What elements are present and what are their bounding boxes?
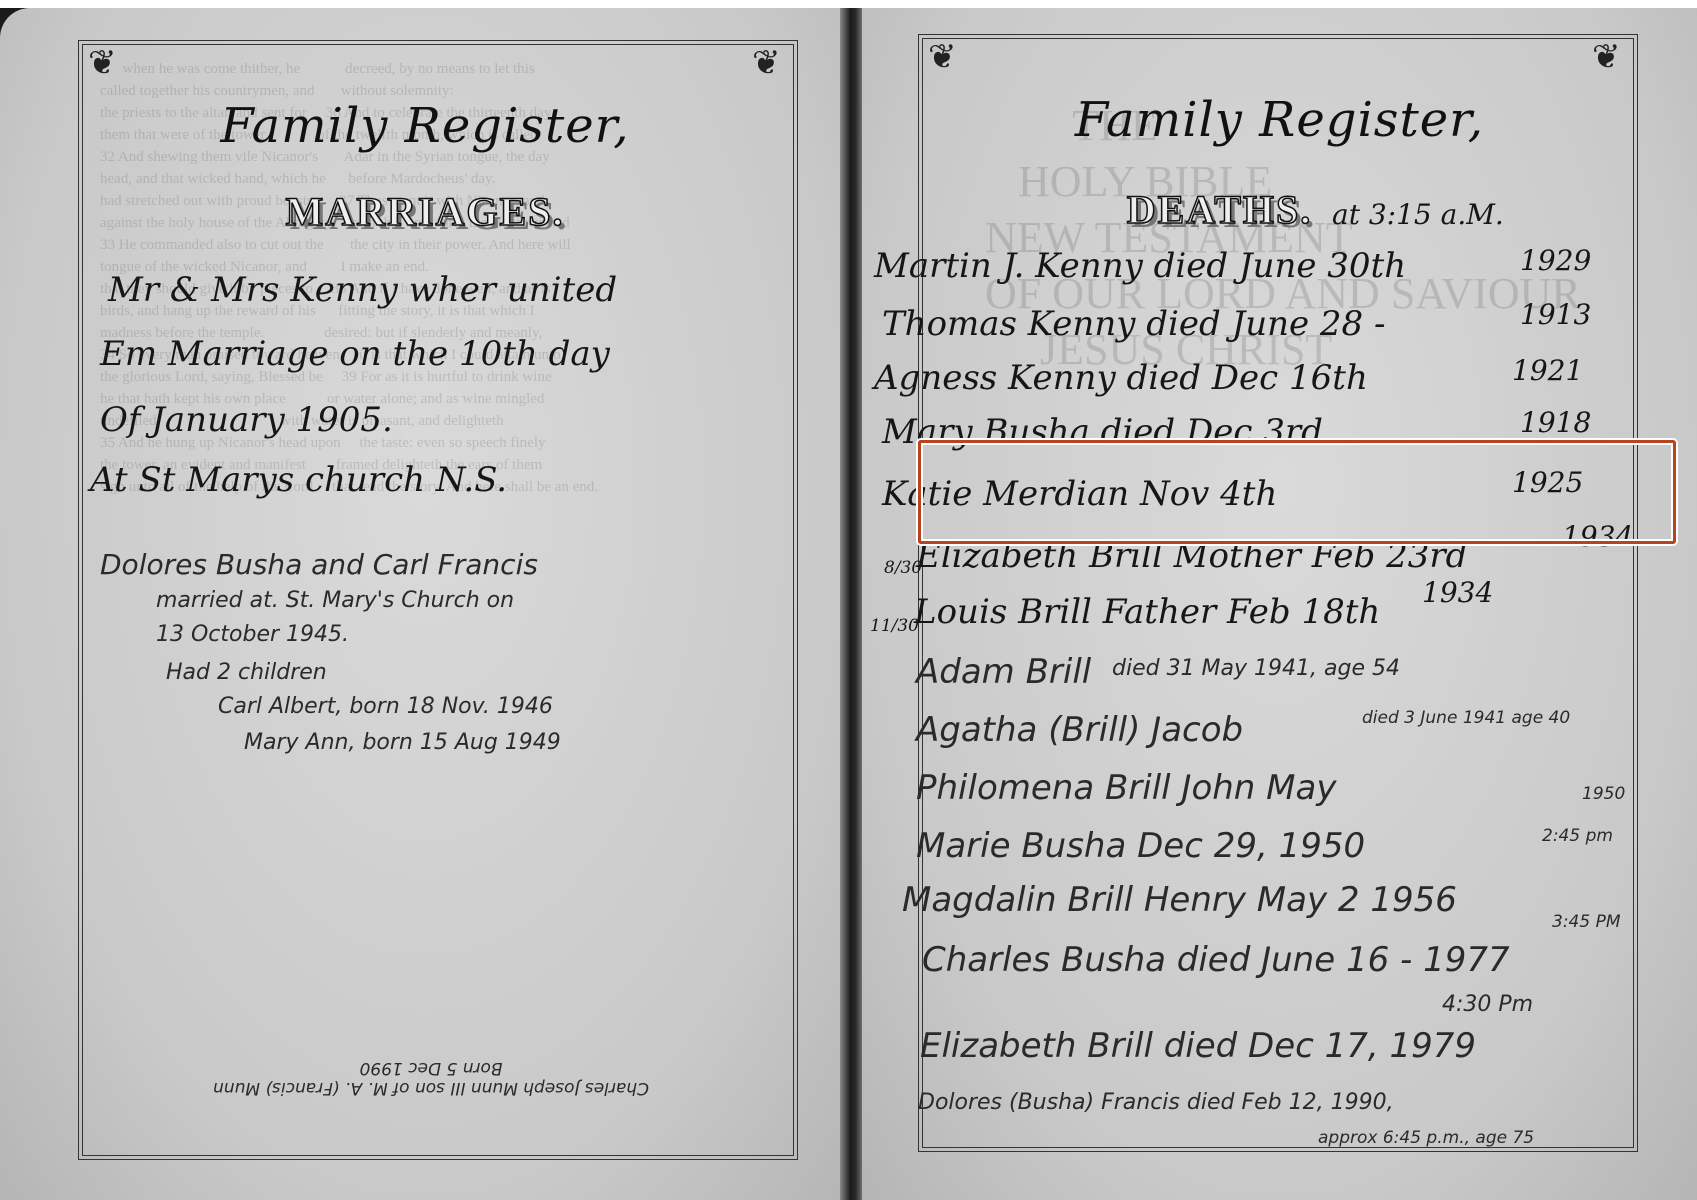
death-entry-note: 4:30 Pm — [1442, 992, 1533, 1017]
death-entry-name: Thomas Kenny died June 28 - — [882, 304, 1385, 344]
marriage-entry-line: Em Marriage on the 10th day — [100, 334, 610, 374]
marriage-entry-line: 13 October 1945. — [156, 622, 349, 647]
marriage-entry-line: married at. St. Mary's Church on — [156, 588, 514, 613]
death-entry-name: Adam Brill — [916, 652, 1091, 692]
section-heading: MARRIAGES. — [0, 188, 850, 235]
death-entry-date: 1950 — [1582, 784, 1625, 804]
corner-ornament-icon: ❦ — [928, 40, 957, 74]
death-entry-name: Agness Kenny died Dec 16th — [874, 358, 1368, 398]
death-entry-name: Dolores (Busha) Francis died Feb 12, 199… — [918, 1090, 1394, 1115]
section-heading: DEATHS. — [802, 186, 1637, 233]
death-entry-date: 1918 — [1520, 406, 1591, 439]
highlight-box — [918, 440, 1676, 544]
death-entry-name: Martin J. Kenny died June 30th — [874, 246, 1406, 286]
upside-down-note: Charles Joseph Munn III son of M. A. (Fr… — [86, 1058, 776, 1098]
death-entry-note: approx 6:45 p.m., age 75 — [1318, 1128, 1534, 1148]
death-entry-name: Charles Busha died June 16 - 1977 — [922, 940, 1510, 980]
marriage-entry-line: Had 2 children — [166, 660, 327, 685]
death-entry-name: Magdalin Brill Henry May 2 1956 — [902, 880, 1457, 920]
death-entry-name: Louis Brill Father Feb 18th — [914, 592, 1380, 632]
death-entry-date: 1921 — [1512, 354, 1583, 387]
page-title: Family Register, — [862, 92, 1697, 148]
open-bible-spread: ❦ ❦ when he was come thither, he decreed… — [0, 8, 1697, 1200]
header-note: at 3:15 a.M. — [1332, 198, 1504, 231]
corner-ornament-icon: ❦ — [1592, 40, 1621, 74]
upside-down-note-line: Charles Joseph Munn III son of M. A. (Fr… — [86, 1078, 776, 1098]
marriage-entry-line: Mary Ann, born 15 Aug 1949 — [244, 730, 561, 755]
marriages-page: ❦ ❦ when he was come thither, he decreed… — [0, 8, 850, 1200]
marriage-entry-line: Dolores Busha and Carl Francis — [100, 548, 538, 581]
death-entry-note: died 31 May 1941, age 54 — [1112, 656, 1400, 681]
death-entry-name: Philomena Brill John May — [916, 768, 1336, 808]
marriage-entry-line: Carl Albert, born 18 Nov. 1946 — [218, 694, 553, 719]
death-entry-note: 3:45 PM — [1552, 912, 1621, 932]
death-entry-name: Agatha (Brill) Jacob — [916, 710, 1243, 750]
death-entry-name: Marie Busha Dec 29, 1950 — [916, 826, 1365, 866]
upside-down-note-line: Born 5 Dec 1990 — [86, 1058, 776, 1078]
death-entry-name: Elizabeth Brill died Dec 17, 1979 — [920, 1026, 1476, 1066]
death-entry-date: 1934 — [1422, 576, 1493, 609]
death-entry-note: died 3 June 1941 age 40 — [1362, 708, 1570, 728]
marriage-entry-line: At St Marys church N.S. — [90, 460, 507, 500]
death-entry-date: 1929 — [1520, 244, 1591, 277]
death-entry-note: 2:45 pm — [1542, 826, 1613, 846]
marriage-entry-line: Of January 1905. — [100, 400, 393, 440]
page-title: Family Register, — [0, 98, 850, 154]
death-entry-date: 1913 — [1520, 298, 1591, 331]
corner-ornament-icon: ❦ — [752, 46, 781, 80]
marriage-entry-line: Mr & Mrs Kenny wher united — [108, 270, 617, 310]
margin-date: 11/30 — [870, 616, 919, 636]
deaths-page: ❦ ❦ THE HOLY BIBLE NEW TESTAMENT OF OUR … — [862, 8, 1697, 1200]
